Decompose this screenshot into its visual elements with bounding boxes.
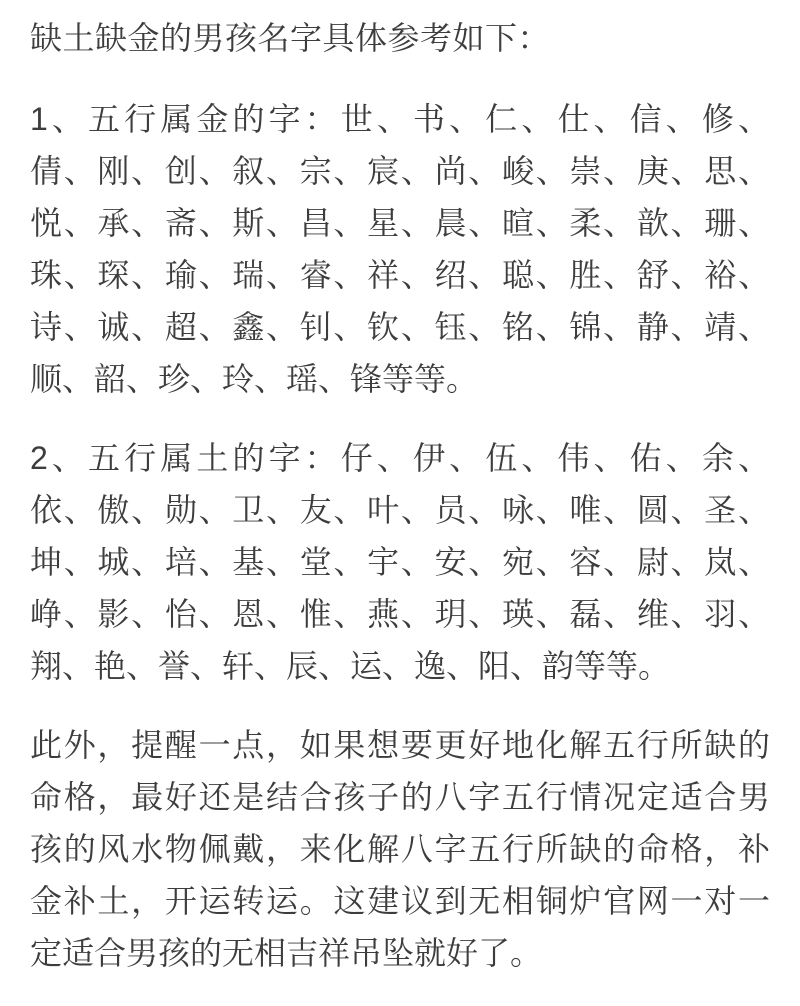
text-line: 孩的风水物佩戴，来化解八字五行所缺的命格，补 [30, 823, 770, 875]
paragraph-metal-element-names: 1、五行属金的字：世、书、仁、仕、信、修、倩、刚、创、叙、宗、宸、尚、峻、崇、庚… [30, 93, 770, 405]
text-line: 此外，提醒一点，如果想要更好地化解五行所缺的 [30, 719, 770, 771]
text-line: 定适合男孩的无相吉祥吊坠就好了。 [30, 927, 770, 979]
article-body: 1、五行属金的字：世、书、仁、仕、信、修、倩、刚、创、叙、宗、宸、尚、峻、崇、庚… [30, 93, 770, 979]
article: 缺土缺金的男孩名字具体参考如下： 1、五行属金的字：世、书、仁、仕、信、修、倩、… [0, 0, 800, 979]
text-line: 2、五行属土的字：仔、伊、伍、伟、佑、余、 [30, 432, 770, 484]
text-line: 1、五行属金的字：世、书、仁、仕、信、修、 [30, 93, 770, 145]
text-line: 坤、城、培、基、堂、宇、安、宛、容、尉、岚、 [30, 536, 770, 588]
paragraph-earth-element-names: 2、五行属土的字：仔、伊、伍、伟、佑、余、依、傲、勋、卫、友、叶、员、咏、唯、圆… [30, 432, 770, 692]
text-line: 悦、承、斋、斯、昌、星、晨、暄、柔、歆、珊、 [30, 197, 770, 249]
text-line: 翔、艳、誉、轩、辰、运、逸、阳、韵等等。 [30, 640, 770, 692]
page-title: 缺土缺金的男孩名字具体参考如下： [30, 12, 770, 64]
text-line: 峥、影、怡、恩、惟、燕、玥、瑛、磊、维、羽、 [30, 588, 770, 640]
paragraph-advice-note: 此外，提醒一点，如果想要更好地化解五行所缺的命格，最好还是结合孩子的八字五行情况… [30, 719, 770, 979]
text-line: 诗、诚、超、鑫、钊、钦、钰、铭、锦、静、靖、 [30, 301, 770, 353]
text-line: 命格，最好还是结合孩子的八字五行情况定适合男 [30, 771, 770, 823]
text-line: 依、傲、勋、卫、友、叶、员、咏、唯、圆、圣、 [30, 484, 770, 536]
text-line: 珠、琛、瑜、瑞、睿、祥、绍、聪、胜、舒、裕、 [30, 249, 770, 301]
text-line: 金补土，开运转运。这建议到无相铜炉官网一对一 [30, 875, 770, 927]
text-line: 倩、刚、创、叙、宗、宸、尚、峻、崇、庚、思、 [30, 145, 770, 197]
text-line: 顺、韶、珍、玲、瑶、锋等等。 [30, 353, 770, 405]
